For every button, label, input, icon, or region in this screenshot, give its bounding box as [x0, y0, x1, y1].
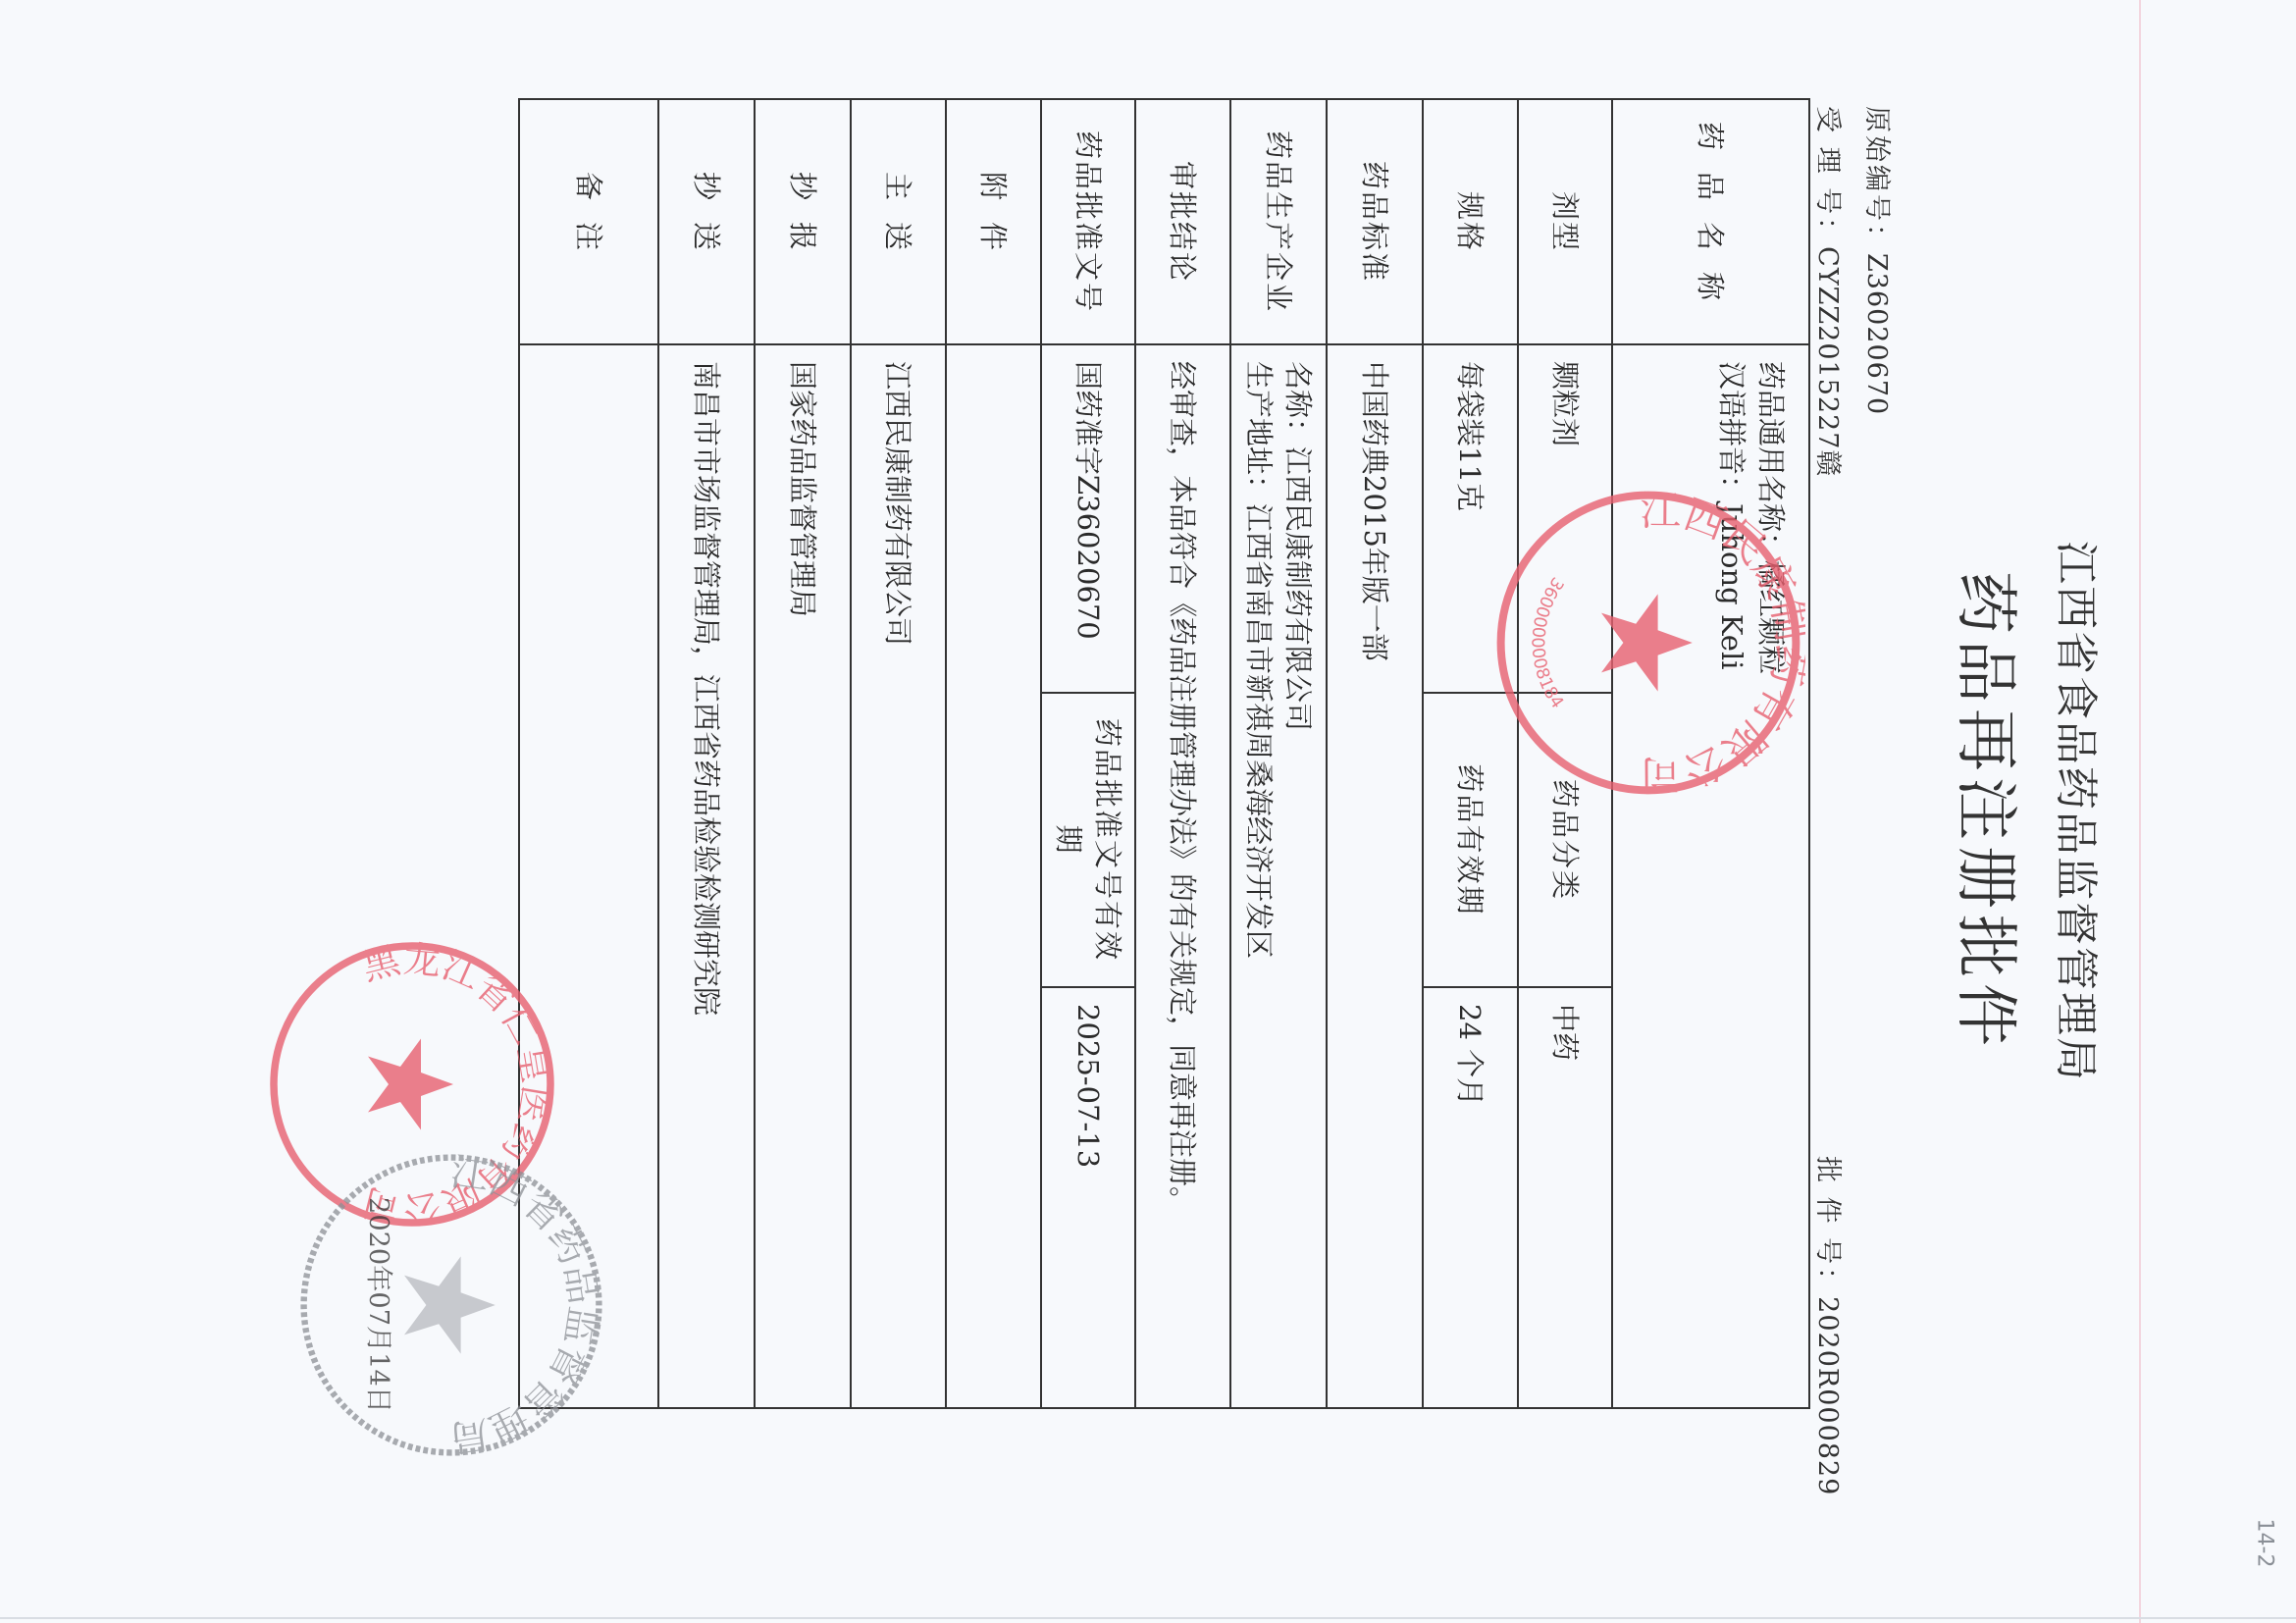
- row-standard: 药品标准 中国药典2015年版一部: [1327, 99, 1423, 1408]
- original-number-value: Z36020670: [1861, 253, 1892, 415]
- standard-label: 药品标准: [1327, 99, 1423, 344]
- main-recipient-label: 主送: [851, 99, 946, 344]
- conclusion-value: 经审查，本品符合《药品注册管理办法》的有关规定，同意再注册。: [1135, 344, 1230, 1408]
- original-number: 原始编号：Z36020670: [1860, 106, 1899, 415]
- svg-text:3600000008184: 3600000008184: [1528, 573, 1567, 712]
- original-number-label: 原始编号：: [1861, 106, 1892, 253]
- company-seal: 江西民康制药有限公司 3600000008184: [1491, 486, 1805, 800]
- manufacturer-address-label: 生产地址：: [1242, 361, 1276, 503]
- main-recipient-value: 江西民康制药有限公司: [851, 344, 946, 1408]
- handwritten-page-note: 14-2: [2252, 1519, 2276, 1568]
- star-icon: [1601, 594, 1693, 691]
- row-report-to: 抄报 国家药品监督管理局: [755, 99, 851, 1408]
- row-cc: 抄送 南昌市市场监督管理局，江西省药品检验检测研究院: [658, 99, 755, 1408]
- report-to-label: 抄报: [755, 99, 851, 344]
- validity-value: 24 个月: [1423, 987, 1518, 1408]
- standard-value: 中国药典2015年版一部: [1327, 344, 1423, 1408]
- acceptance-number-value: CYZZ2015227赣: [1812, 246, 1843, 477]
- approval-doc-validity-value: 2025-07-13: [1041, 987, 1135, 1408]
- approval-number-label: 批 件 号：: [1812, 1156, 1843, 1296]
- star-icon: [368, 1039, 453, 1130]
- document-title: 药品再注册批件: [1946, 0, 2036, 1623]
- approval-doc-validity-label: 药品批准文号有效期: [1041, 693, 1135, 987]
- issuing-authority-title: 江西省食品药品监督管理局: [2049, 0, 2112, 1623]
- row-attachment: 附件: [946, 99, 1041, 1408]
- acceptance-number-label: 受 理 号：: [1812, 106, 1843, 246]
- attachment-label: 附件: [946, 99, 1041, 344]
- drug-name-label: 药品名称: [1612, 99, 1809, 344]
- spec-label: 规格: [1423, 99, 1518, 344]
- dosage-form-label: 剂型: [1518, 99, 1612, 344]
- approval-number-value: 2020R000829: [1812, 1296, 1843, 1495]
- manufacturer-name-label: 名称：: [1281, 361, 1315, 446]
- attachment-value: [946, 344, 1041, 1408]
- official-seal: 江西省药品监督管理局 2020年07月14日: [294, 1148, 608, 1462]
- row-conclusion: 审批结论 经审查，本品符合《药品注册管理办法》的有关规定，同意再注册。: [1135, 99, 1230, 1408]
- pinyin-label: 汉语拼音：: [1715, 361, 1748, 503]
- manufacturer-cell: 名称：江西民康制药有限公司 生产地址：江西省南昌市新祺周桑海经济开发区: [1230, 344, 1327, 1408]
- category-value: 中药: [1518, 987, 1612, 1408]
- acceptance-number: 受 理 号：CYZZ2015227赣: [1811, 106, 1850, 477]
- star-icon: [404, 1256, 496, 1353]
- report-to-value: 国家药品监督管理局: [755, 344, 851, 1408]
- manufacturer-label: 药品生产企业: [1230, 99, 1327, 344]
- cc-value: 南昌市市场监督管理局，江西省药品检验检测研究院: [658, 344, 755, 1408]
- company-seal-code: 3600000008184: [1528, 573, 1567, 712]
- conclusion-label: 审批结论: [1135, 99, 1230, 344]
- approval-doc-label: 药品批准文号: [1041, 99, 1135, 344]
- remarks-label: 备注: [519, 99, 658, 344]
- official-seal-date: 2020年07月14日: [363, 1197, 393, 1413]
- row-approval-doc: 药品批准文号 国药准字Z36020670 药品批准文号有效期 2025-07-1…: [1041, 99, 1135, 1408]
- row-manufacturer: 药品生产企业 名称：江西民康制药有限公司 生产地址：江西省南昌市新祺周桑海经济开…: [1230, 99, 1327, 1408]
- manufacturer-name-value: 江西民康制药有限公司: [1281, 446, 1315, 731]
- rotated-document-page: 江西省食品药品监督管理局 药品再注册批件 原始编号：Z36020670 受 理 …: [0, 0, 2296, 1623]
- approval-doc-value: 国药准字Z36020670: [1041, 344, 1135, 693]
- row-main-recipient: 主送 江西民康制药有限公司: [851, 99, 946, 1408]
- cc-label: 抄送: [658, 99, 755, 344]
- manufacturer-address-value: 江西省南昌市新祺周桑海经济开发区: [1242, 503, 1276, 959]
- approval-number: 批 件 号：2020R000829: [1811, 1156, 1850, 1495]
